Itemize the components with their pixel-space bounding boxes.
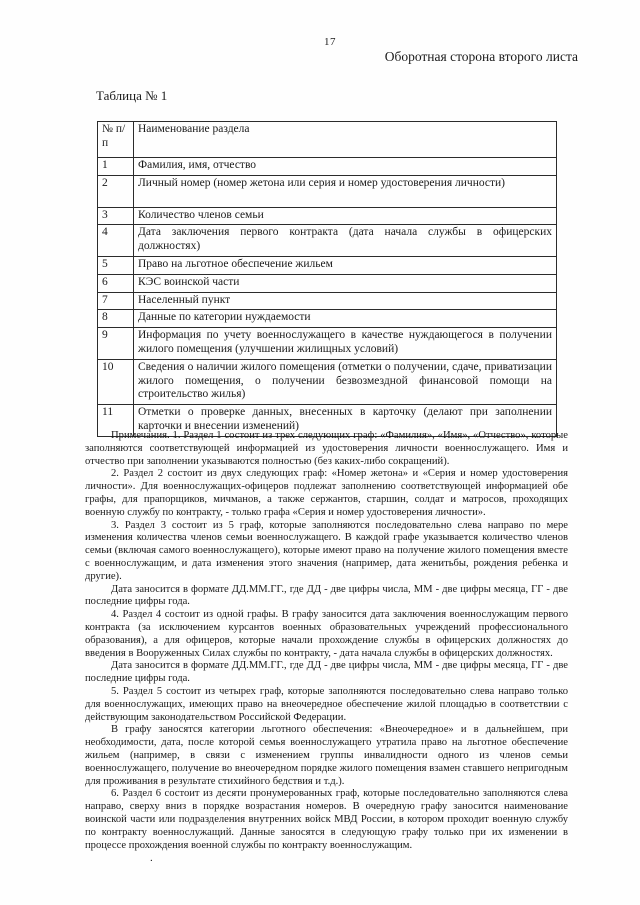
- table-row: 5Право на льготное обеспечение жильем: [98, 256, 557, 274]
- note-paragraph: 6. Раздел 6 состоит из десяти пронумеров…: [85, 788, 568, 852]
- row-section-name: Право на льготное обеспечение жильем: [134, 256, 557, 274]
- row-number: 2: [98, 175, 134, 207]
- table-row: 8Данные по категории нуждаемости: [98, 310, 557, 328]
- row-number: 1: [98, 158, 134, 176]
- note-paragraph: Примечания. 1. Раздел 1 состоит из трех …: [85, 430, 568, 468]
- table-row: 10Сведения о наличии жилого помещения (о…: [98, 359, 557, 404]
- sections-table-head: № п/п Наименование раздела: [98, 122, 557, 158]
- note-paragraph: 5. Раздел 5 состоит из четырех граф, кот…: [85, 686, 568, 724]
- table-row: 6КЭС воинской части: [98, 274, 557, 292]
- table-header-section-name: Наименование раздела: [134, 122, 557, 158]
- sections-table-body: 1Фамилия, имя, отчество2Личный номер (но…: [98, 158, 557, 437]
- row-number: 10: [98, 359, 134, 404]
- note-paragraph: В графу заносятся категории льготного об…: [85, 724, 568, 788]
- row-section-name: Фамилия, имя, отчество: [134, 158, 557, 176]
- note-paragraph: 2. Раздел 2 состоит из двух следующих гр…: [85, 468, 568, 519]
- row-section-name: Личный номер (номер жетона или серия и н…: [134, 175, 557, 207]
- row-section-name: Количество членов семьи: [134, 207, 557, 225]
- table-header-row: № п/п Наименование раздела: [98, 122, 557, 158]
- table-caption: Таблица № 1: [96, 88, 167, 104]
- row-section-name: КЭС воинской части: [134, 274, 557, 292]
- row-number: 3: [98, 207, 134, 225]
- note-paragraph: Дата заносится в формате ДД.ММ.ГГ., где …: [85, 584, 568, 610]
- row-number: 5: [98, 256, 134, 274]
- table-row: 9Информация по учету военнослужащего в к…: [98, 328, 557, 360]
- page-header-right: Оборотная сторона второго листа: [385, 49, 578, 65]
- table-row: 7Населенный пункт: [98, 292, 557, 310]
- row-number: 7: [98, 292, 134, 310]
- row-number: 9: [98, 328, 134, 360]
- row-number: 8: [98, 310, 134, 328]
- note-paragraph: 3. Раздел 3 состоит из 5 граф, которые з…: [85, 520, 568, 584]
- row-number: 4: [98, 225, 134, 257]
- row-section-name: Дата заключения первого контракта (дата …: [134, 225, 557, 257]
- row-section-name: Населенный пункт: [134, 292, 557, 310]
- page-number: 17: [0, 36, 640, 48]
- note-paragraph: 4. Раздел 4 состоит из одной графы. В гр…: [85, 609, 568, 660]
- table-row: 1Фамилия, имя, отчество: [98, 158, 557, 176]
- row-section-name: Информация по учету военнослужащего в ка…: [134, 328, 557, 360]
- table-row: 2Личный номер (номер жетона или серия и …: [98, 175, 557, 207]
- table-row: 4Дата заключения первого контракта (дата…: [98, 225, 557, 257]
- table-header-num: № п/п: [98, 122, 134, 158]
- sections-table: № п/п Наименование раздела 1Фамилия, имя…: [97, 121, 557, 437]
- table-row: 3Количество членов семьи: [98, 207, 557, 225]
- note-paragraph: Дата заносится в формате ДД.ММ.ГГ., где …: [85, 660, 568, 686]
- row-number: 6: [98, 274, 134, 292]
- row-section-name: Сведения о наличии жилого помещения (отм…: [134, 359, 557, 404]
- notes-section: Примечания. 1. Раздел 1 состоит из трех …: [85, 430, 568, 852]
- stray-mark: .: [150, 852, 153, 864]
- document-page: 17 Оборотная сторона второго листа Табли…: [0, 0, 640, 905]
- row-section-name: Данные по категории нуждаемости: [134, 310, 557, 328]
